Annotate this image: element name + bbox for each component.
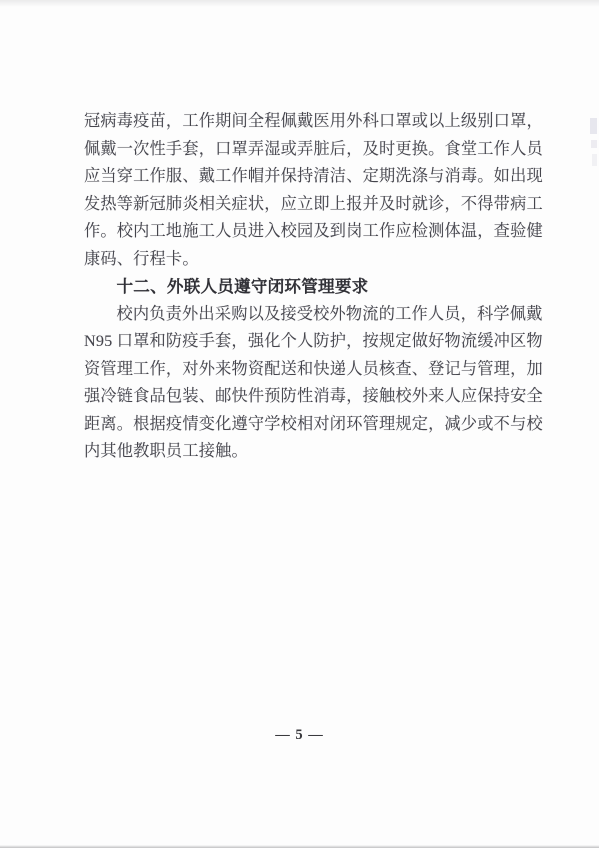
page-footer: — 5 — <box>0 726 599 744</box>
body-line: 作。校内工地施工人员进入校园及到岗工作应检测体温，查验健 <box>84 218 522 246</box>
body-line: 内其他教职员工接触。 <box>84 438 522 466</box>
body-line: N95 口罩和防疫手套，强化个人防护，按规定做好物流缓冲区物 <box>84 328 522 356</box>
page-number: — 5 — <box>275 727 324 744</box>
section-heading: 十二、外联人员遵守闭环管理要求 <box>84 273 522 301</box>
body-line: 距离。根据疫情变化遵守学校相对闭环管理规定，减少或不与校 <box>84 411 522 439</box>
scan-artifact-top-edge <box>0 0 599 7</box>
body-line: 校内负责外出采购以及接受校外物流的工作人员，科学佩戴 <box>84 301 522 329</box>
scan-artifact-right <box>590 118 597 134</box>
body-line: 冠病毒疫苗，工作期间全程佩戴医用外科口罩或以上级别口罩， <box>84 108 522 136</box>
body-line: 强冷链食品包装、邮快件预防性消毒，接触校外来人应保持安全 <box>84 383 522 411</box>
document-text-block: 冠病毒疫苗，工作期间全程佩戴医用外科口罩或以上级别口罩， 佩戴一次性手套，口罩弄… <box>84 108 522 466</box>
body-line: 应当穿工作服、戴工作帽并保持清洁、定期洗涤与消毒。如出现 <box>84 163 522 191</box>
document-page: 冠病毒疫苗，工作期间全程佩戴医用外科口罩或以上级别口罩， 佩戴一次性手套，口罩弄… <box>0 0 599 848</box>
scan-artifact-right <box>592 154 597 166</box>
body-line: 康码、行程卡。 <box>84 246 522 274</box>
body-line: 资管理工作，对外来物资配送和快递人员核查、登记与管理，加 <box>84 356 522 384</box>
scan-artifact-right <box>591 140 597 148</box>
body-line: 发热等新冠肺炎相关症状，应立即上报并及时就诊，不得带病工 <box>84 191 522 219</box>
body-line: 佩戴一次性手套，口罩弄湿或弄脏后，及时更换。食堂工作人员 <box>84 136 522 164</box>
